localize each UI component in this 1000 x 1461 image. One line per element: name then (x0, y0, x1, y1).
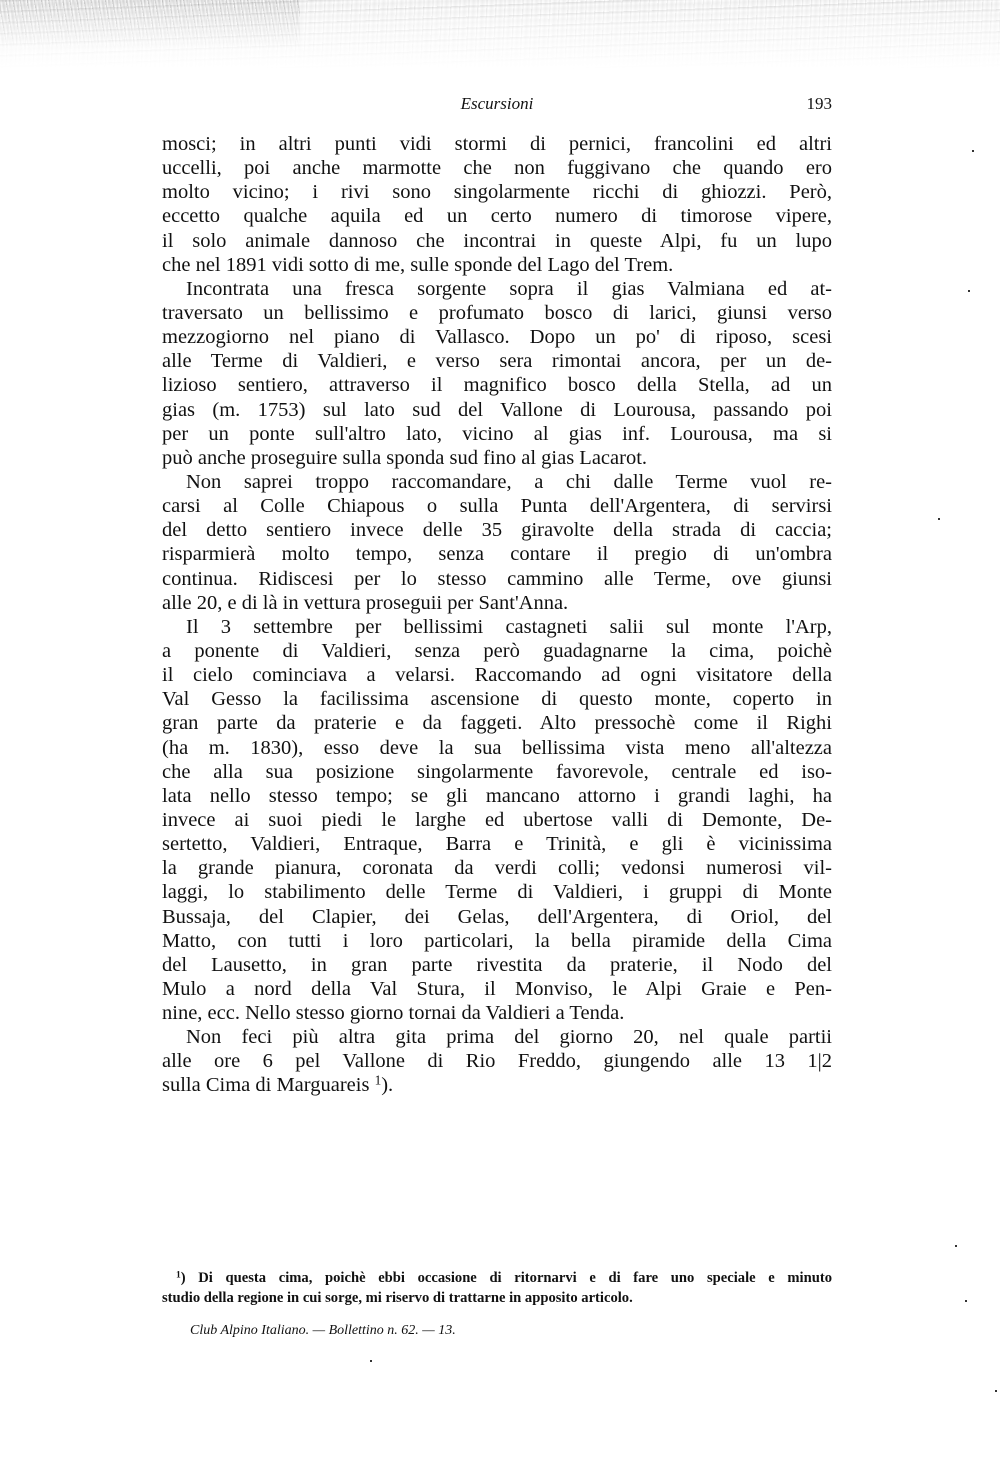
paragraph: Incontrata una fresca sorgente sopra il … (162, 277, 832, 470)
text-line: il cielo cominciava a velarsi. Raccomand… (162, 663, 832, 687)
text-line: lata nello stesso tempo; se gli mancano … (162, 784, 832, 808)
signature-mark: Club Alpino Italiano. — Bollettino n. 62… (190, 1323, 456, 1339)
text-line: Matto, con tutti i loro particolari, la … (162, 929, 832, 953)
paragraph: Non saprei troppo raccomandare, a chi da… (162, 470, 832, 615)
text-line-content: sulla Cima di Marguareis (162, 1074, 369, 1096)
running-title: Escursioni (162, 94, 832, 114)
text-line-suffix: ). (381, 1074, 393, 1096)
text-line: (ha m. 1830), esso deve la sua bellissim… (162, 736, 832, 760)
text-line: molto vicino; i rivi sono singolarmente … (162, 180, 832, 204)
scan-speck (370, 1360, 372, 1362)
text-line: Non saprei troppo raccomandare, a chi da… (162, 470, 832, 494)
text-line: gran parte da praterie e da faggeti. Alt… (162, 711, 832, 735)
text-line: che alla sua posizione singolarmente fav… (162, 760, 832, 784)
scan-speck (938, 518, 940, 520)
footnote: 1) Di questa cima, poichè ebbi occasione… (162, 1268, 832, 1308)
scan-speck (965, 1300, 967, 1302)
text-line: laggi, lo stabilimento delle Terme di Va… (162, 880, 832, 904)
text-line: Bussaja, del Clapier, dei Gelas, dell'Ar… (162, 905, 832, 929)
scan-speck (968, 290, 970, 292)
text-line: Il 3 settembre per bellissimi castagneti… (162, 615, 832, 639)
scan-speck (955, 1245, 957, 1247)
scan-speck (995, 1390, 997, 1392)
body-text: mosci; in altri punti vidi stormi di per… (162, 132, 832, 1098)
text-line: gias (m. 1753) sul lato sud del Vallone … (162, 398, 832, 422)
page-number: 193 (807, 94, 833, 114)
text-line: Non feci più altra gita prima del giorno… (162, 1025, 832, 1049)
text-line: risparmierà molto tempo, senza contare i… (162, 542, 832, 566)
text-line: sulla Cima di Marguareis 1). (162, 1073, 832, 1097)
text-line: può anche proseguire sulla sponda sud fi… (162, 446, 832, 470)
running-head: Escursioni 193 (162, 94, 832, 118)
text-line: continua. Ridiscesi per lo stesso cammin… (162, 567, 832, 591)
text-line: che nel 1891 vidi sotto di me, sulle spo… (162, 253, 832, 277)
scan-speck (972, 150, 974, 152)
text-line: Val Gesso la facilissima ascensione di q… (162, 687, 832, 711)
text-line: lizioso sentiero, attraverso il magnific… (162, 373, 832, 397)
text-line: Mulo a nord della Val Stura, il Monviso,… (162, 977, 832, 1001)
paragraph: Il 3 settembre per bellissimi castagneti… (162, 615, 832, 1025)
footnote-line: 1) Di questa cima, poichè ebbi occasione… (162, 1268, 832, 1288)
paragraph: Non feci più altra gita prima del giorno… (162, 1025, 832, 1097)
text-line: del Lausetto, in gran parte rivestita da… (162, 953, 832, 977)
text-line: uccelli, poi anche marmotte che non fugg… (162, 156, 832, 180)
text-line: mosci; in altri punti vidi stormi di per… (162, 132, 832, 156)
text-line: alle 20, e di là in vettura proseguii pe… (162, 591, 832, 615)
text-line: invece ai suoi piedi le larghe ed uberto… (162, 808, 832, 832)
text-line: alle ore 6 pel Vallone di Rio Freddo, gi… (162, 1049, 832, 1073)
text-line: Incontrata una fresca sorgente sopra il … (162, 277, 832, 301)
text-line: del detto sentiero invece delle 35 girav… (162, 518, 832, 542)
scan-noise-top-left (0, 0, 300, 50)
text-line: a ponente di Valdieri, senza però guadag… (162, 639, 832, 663)
text-line: per un ponte sull'altro lato, vicino al … (162, 422, 832, 446)
footnote-line-text: ) Di questa cima, poichè ebbi occasione … (181, 1270, 832, 1286)
text-line: sertetto, Valdieri, Entraque, Barra e Tr… (162, 832, 832, 856)
paragraph: mosci; in altri punti vidi stormi di per… (162, 132, 832, 277)
text-line: nine, ecc. Nello stesso giorno tornai da… (162, 1001, 832, 1025)
text-line: il solo animale dannoso che incontrai in… (162, 229, 832, 253)
footnote-line: studio della regione in cui sorge, mi ri… (162, 1288, 832, 1308)
text-line: eccetto qualche aquila ed un certo numer… (162, 204, 832, 228)
text-line: carsi al Colle Chiapous o sulla Punta de… (162, 494, 832, 518)
text-line: la grande pianura, coronata da verdi col… (162, 856, 832, 880)
text-line: mezzogiorno nel piano di Vallasco. Dopo … (162, 325, 832, 349)
text-line: traversato un bellissimo e profumato bos… (162, 301, 832, 325)
text-line: alle Terme di Valdieri, e verso sera rim… (162, 349, 832, 373)
